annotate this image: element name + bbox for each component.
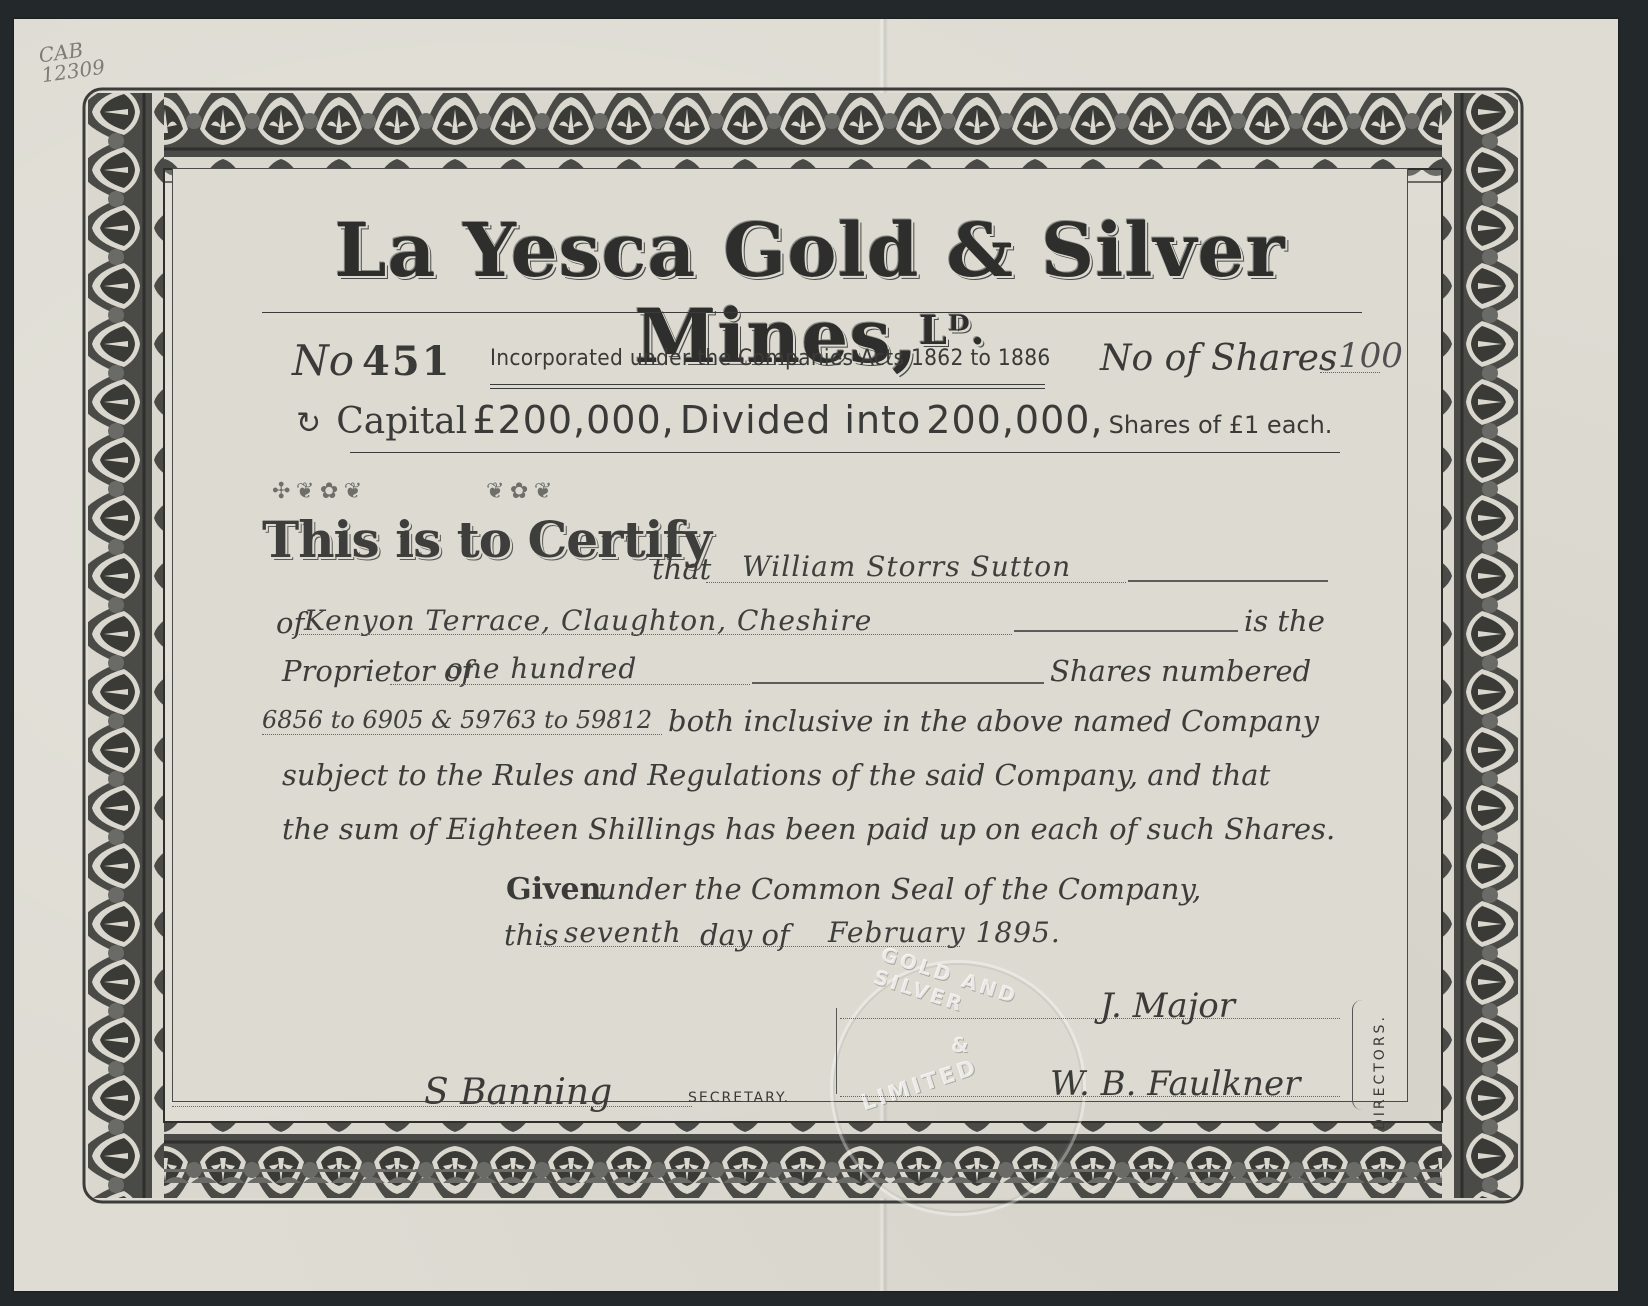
shares-count-line bbox=[1320, 372, 1380, 373]
both-inclusive-line: both inclusive in the above named Compan… bbox=[668, 704, 1319, 738]
share-numbers-line bbox=[262, 734, 662, 735]
capital-amount: £200,000, bbox=[472, 398, 674, 442]
rules-regulations-line: subject to the Rules and Regulations of … bbox=[282, 758, 1270, 792]
capital-line: ↻ Capital £200,000, Divided into 200,000… bbox=[296, 398, 1376, 442]
capital-swash-icon: ↻ bbox=[296, 406, 321, 441]
is-the-label: is the bbox=[1244, 604, 1325, 638]
incorporation-rule bbox=[490, 384, 1045, 389]
address-line bbox=[292, 634, 1012, 635]
pencil-catalog-note: CAB 12309 bbox=[38, 37, 107, 85]
common-seal-line: under the Common Seal of the Company, bbox=[598, 872, 1201, 906]
director-1-signature: J. Major bbox=[1100, 986, 1235, 1026]
capital-divided-label: Divided into bbox=[680, 398, 921, 442]
flourish-ornament-icon: ✣ ❦ ✿ ❦ bbox=[272, 478, 362, 504]
capital-share-suffix: Shares of £1 each. bbox=[1109, 411, 1333, 439]
share-quantity-words: one hundred bbox=[446, 652, 637, 685]
day-value: seventh bbox=[564, 916, 682, 949]
holder-name-line bbox=[706, 582, 1126, 583]
directors-brace bbox=[1352, 1000, 1365, 1110]
director-1-line bbox=[840, 1018, 1340, 1019]
incorporation-text: Incorporated under the Companies Acts 18… bbox=[490, 346, 1051, 371]
shares-numbered-label: Shares numbered bbox=[1050, 654, 1311, 688]
director-2-signature: W. B. Faulkner bbox=[1050, 1064, 1300, 1104]
title-rule bbox=[262, 312, 1362, 313]
flourish-ornament-icon: ❦ ✿ ❦ bbox=[486, 478, 552, 504]
directors-label: DIRECTORS. bbox=[1372, 1014, 1388, 1130]
certificate-number: 451 bbox=[362, 338, 452, 385]
share-quantity-line bbox=[390, 684, 750, 685]
share-quantity-line-filled bbox=[752, 682, 1044, 684]
share-numbers: 6856 to 6905 & 59763 to 59812 bbox=[262, 706, 652, 734]
holder-name: William Storrs Sutton bbox=[742, 550, 1071, 583]
capital-label: Capital bbox=[336, 401, 467, 442]
certify-heading: This is to Certify bbox=[262, 510, 711, 569]
month-year-value: February 1895. bbox=[828, 916, 1061, 949]
that-label: that bbox=[652, 552, 711, 586]
proprietor-label: Proprietor of bbox=[282, 654, 472, 688]
secretary-label: SECRETARY. bbox=[688, 1090, 790, 1106]
certificate-number-label: No bbox=[292, 336, 354, 385]
address-line-filled bbox=[1014, 630, 1238, 632]
shillings-paid-line: the sum of Eighteen Shillings has been p… bbox=[282, 812, 1335, 846]
secretary-signature: S Banning bbox=[424, 1072, 612, 1113]
shares-count-label: No of Shares bbox=[1100, 338, 1337, 379]
given-label: Given bbox=[506, 872, 601, 907]
capital-share-total: 200,000, bbox=[926, 398, 1103, 442]
holder-address: Kenyon Terrace, Claughton, Cheshire bbox=[304, 604, 872, 637]
shares-count-value: 100 bbox=[1338, 336, 1403, 376]
holder-name-line-filled bbox=[1128, 580, 1328, 582]
capital-rule bbox=[350, 452, 1340, 453]
